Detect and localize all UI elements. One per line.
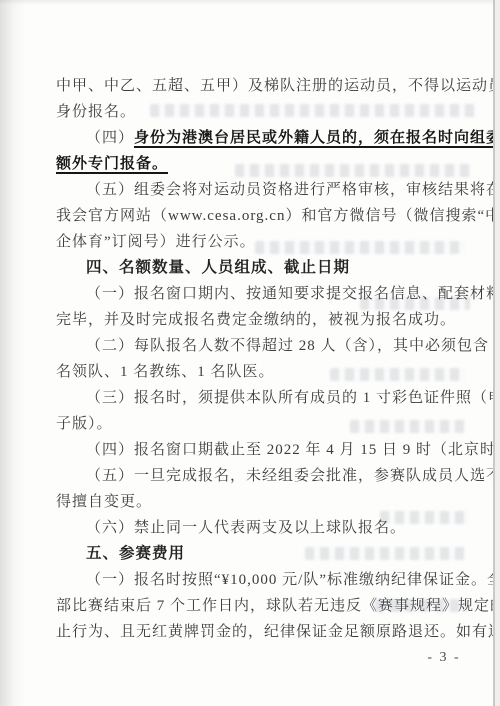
section-heading-5: 五、参赛费用 <box>56 541 480 567</box>
page-number: - 3 - <box>414 648 474 668</box>
text-line: 止行为、且无红黄牌罚金的，纪律保证金足额原路退还。如有违纪 <box>56 619 480 645</box>
text-line: （三）报名时，须提供本队所有成员的 1 寸彩色证件照（电 <box>56 385 480 411</box>
emphasized-underlined-text: 额外专门报备。 <box>56 156 168 172</box>
emphasized-underlined-text: 身份为港澳台居民或外籍人员的，须在报名时向组委会 <box>134 130 500 146</box>
text-line: （二）每队报名人数不得超过 28 人（含），其中必须包含 1 <box>56 333 480 359</box>
text-line: 得擅自变更。 <box>56 489 480 515</box>
document-body: 中甲、中乙、五超、五甲）及梯队注册的运动员，不得以运动员 身份报名。 （四）身份… <box>56 73 480 645</box>
text-line: （一）报名窗口期内、按通知要求提交报名信息、配套材料 <box>56 281 480 307</box>
page-edge-shadow-left <box>0 0 26 706</box>
page-edge-shadow-top <box>0 0 500 5</box>
text-line: 额外专门报备。 <box>56 151 480 177</box>
text-line: （一）报名时按照“¥10,000 元/队”标准缴纳纪律保证金。全 <box>56 567 480 593</box>
text-line: 身份报名。 <box>56 99 480 125</box>
section-heading-4: 四、名额数量、人员组成、截止日期 <box>56 255 480 281</box>
text-line: 部比赛结束后 7 个工作日内，球队若无违反《赛事规程》规定的禁 <box>56 593 480 619</box>
text-line: 中甲、中乙、五超、五甲）及梯队注册的运动员，不得以运动员 <box>56 73 480 99</box>
text-line: 子版）。 <box>56 411 480 437</box>
text-line: 企体育”订阅号）进行公示。 <box>56 229 480 255</box>
text-line: （六）禁止同一人代表两支及以上球队报名。 <box>56 515 480 541</box>
text-line: 我会官方网站（www.cesa.org.cn）和官方微信号（微信搜索“中 <box>56 203 480 229</box>
text-line: （五）一旦完成报名，未经组委会批准，参赛队成员人选不 <box>56 463 480 489</box>
text-line: （五）组委会将对运动员资格进行严格审核，审核结果将在 <box>56 177 480 203</box>
text-line: （四）报名窗口期截止至 2022 年 4 月 15 日 9 时（北京时间）。 <box>56 437 480 463</box>
text-line: 完毕，并及时完成报名费定金缴纳的，被视为报名成功。 <box>56 307 480 333</box>
document-page: 中甲、中乙、五超、五甲）及梯队注册的运动员，不得以运动员 身份报名。 （四）身份… <box>0 0 494 706</box>
item-number-label: （四） <box>86 130 134 146</box>
text-line: 名领队、1 名教练、1 名队医。 <box>56 359 480 385</box>
scan-margin-right <box>495 0 500 706</box>
text-line: （四）身份为港澳台居民或外籍人员的，须在报名时向组委会 <box>56 125 480 151</box>
